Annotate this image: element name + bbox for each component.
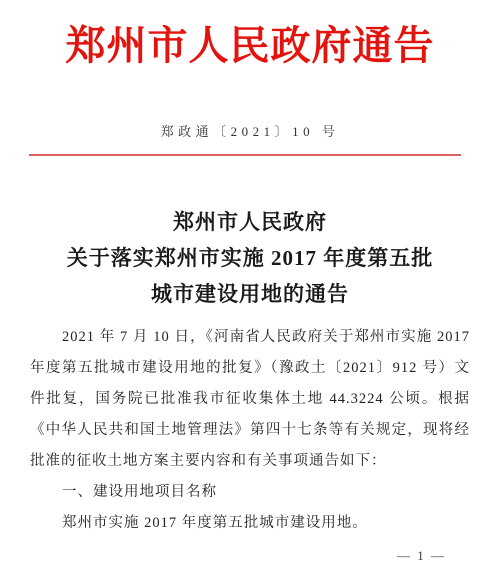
notice-body: 2021 年 7 月 10 日，《河南省人民政府关于郑州市实施 2017 年度第… [30, 322, 470, 539]
document-number: 郑政通〔2021〕10 号 [0, 121, 500, 140]
red-divider-line [29, 154, 461, 156]
page-number: — 1 — [397, 548, 446, 564]
section-heading-project-name: 一、建设用地项目名称 [30, 477, 470, 508]
masthead-title: 郑州市人民政府通告 [0, 18, 500, 74]
government-notice-page: 郑州市人民政府通告 郑政通〔2021〕10 号 郑州市人民政府 关于落实郑州市实… [0, 0, 500, 582]
body-paragraph-project-name: 郑州市实施 2017 年度第五批城市建设用地。 [30, 508, 470, 539]
body-paragraph-intro: 2021 年 7 月 10 日，《河南省人民政府关于郑州市实施 2017 年度第… [30, 322, 470, 477]
notice-title-line-2: 关于落实郑州市实施 2017 年度第五批 [0, 240, 500, 276]
notice-title: 郑州市人民政府 关于落实郑州市实施 2017 年度第五批 城市建设用地的通告 [0, 204, 500, 312]
notice-title-line-1: 郑州市人民政府 [0, 204, 500, 240]
notice-title-line-3: 城市建设用地的通告 [0, 276, 500, 312]
